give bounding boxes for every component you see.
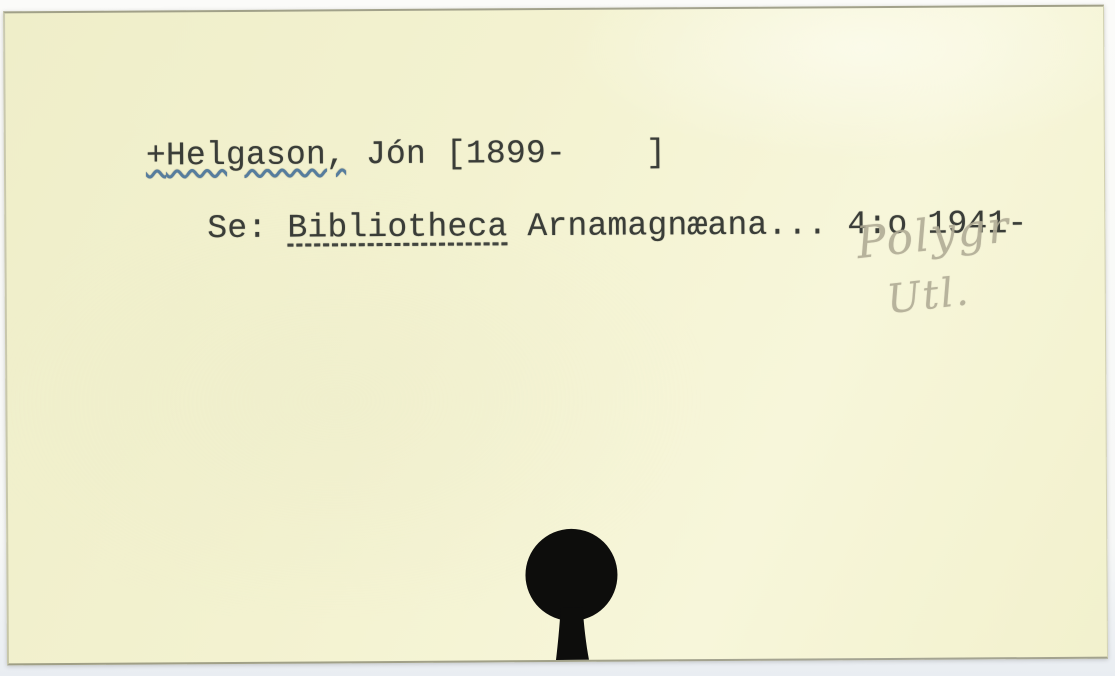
catalog-card: +Helgason, Jón [1899- ] Se: Bibliotheca … — [3, 5, 1108, 666]
keyhole-punch-hole-icon — [518, 522, 625, 661]
cross-reference-marker: + — [146, 137, 166, 174]
heading-remainder: Jón [1899- ] — [346, 134, 666, 173]
scan-background: +Helgason, Jón [1899- ] Se: Bibliotheca … — [0, 0, 1115, 676]
referenced-title: Bibliotheca — [287, 208, 507, 246]
author-surname: Helgason, — [166, 136, 346, 174]
pencil-annotation-line2: Utl. — [885, 271, 972, 320]
see-label: Se: — [207, 210, 287, 247]
